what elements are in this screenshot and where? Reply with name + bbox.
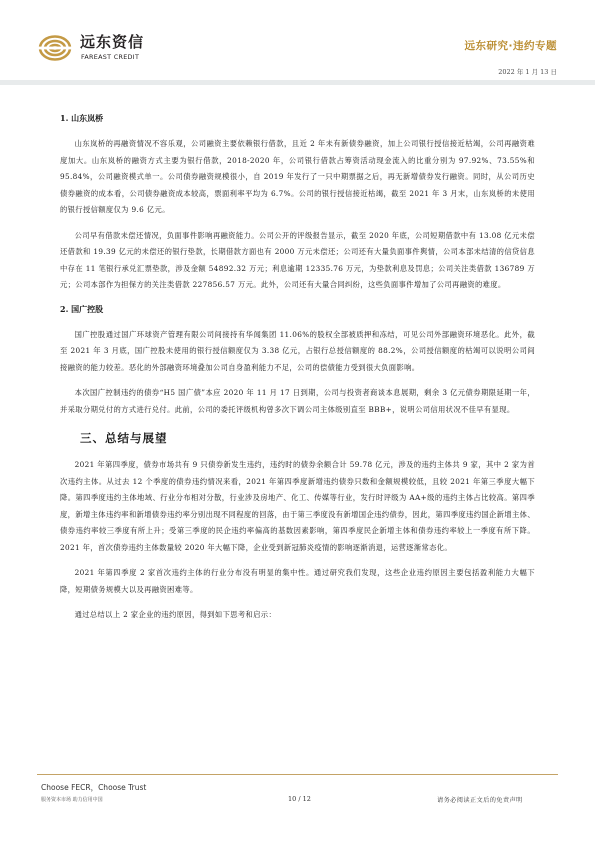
paragraph: 2021 年第四季度 2 家首次违约主体的行业分布没有明显的集中性。通过研究我们…	[60, 565, 535, 598]
footer-slogan: Choose FECR，Choose Trust	[41, 782, 146, 793]
page-header: 远东资信 FAREAST CREDIT 远东研究·违约专题 2022 年 1 月…	[0, 0, 595, 84]
paragraph: 2021 年第四季度，债券市场共有 9 只债券新发生违约，违约时的债券余额合计 …	[60, 457, 535, 556]
subsection-heading-guoguang-holdings: 2. 国广控股	[60, 303, 535, 315]
report-series-title: 远东研究·违约专题	[465, 38, 558, 53]
logo-rings-icon	[38, 34, 72, 62]
footer-rule-left	[37, 774, 295, 775]
header-divider	[0, 80, 595, 85]
section-heading-summary-outlook: 三、总结与展望	[80, 430, 535, 446]
disclaimer-notice: 请务必阅读正文后的免责声明	[437, 795, 523, 804]
paragraph: 本次国广控制违约的债券“H5 国广债”本应 2020 年 11 月 17 日到期…	[60, 385, 535, 418]
paragraph: 山东岚桥的再融资情况不容乐观，公司融资主要依赖银行借款，且近 2 年未有新债券融…	[60, 136, 535, 219]
document-body: 1. 山东岚桥 山东岚桥的再融资情况不容乐观，公司融资主要依赖银行借款，且近 2…	[60, 112, 535, 633]
logo-english-name: FAREAST CREDIT	[81, 53, 139, 61]
footer-rule-right	[280, 774, 558, 775]
page-number: 10 / 12	[288, 795, 311, 803]
paragraph: 通过总结以上 2 家企业的违约原因，得到如下思考和启示：	[60, 607, 535, 624]
logo-chinese-name: 远东资信	[80, 34, 144, 51]
paragraph: 国广控股通过国广环球资产管理有限公司间接持有华闻集团 11.06%的股权全部被质…	[60, 327, 535, 377]
paragraph: 公司早有借款未偿还情况，负面事件影响再融资能力。公司公开的评级报告显示，截至 2…	[60, 228, 535, 294]
fareast-credit-logo: 远东资信 FAREAST CREDIT	[38, 33, 158, 63]
report-date: 2022 年 1 月 13 日	[498, 67, 557, 76]
subsection-heading-shandong-lanqiao: 1. 山东岚桥	[60, 112, 535, 124]
footer-sub-slogan: 服务资本市场 助力信用中国	[41, 796, 103, 803]
